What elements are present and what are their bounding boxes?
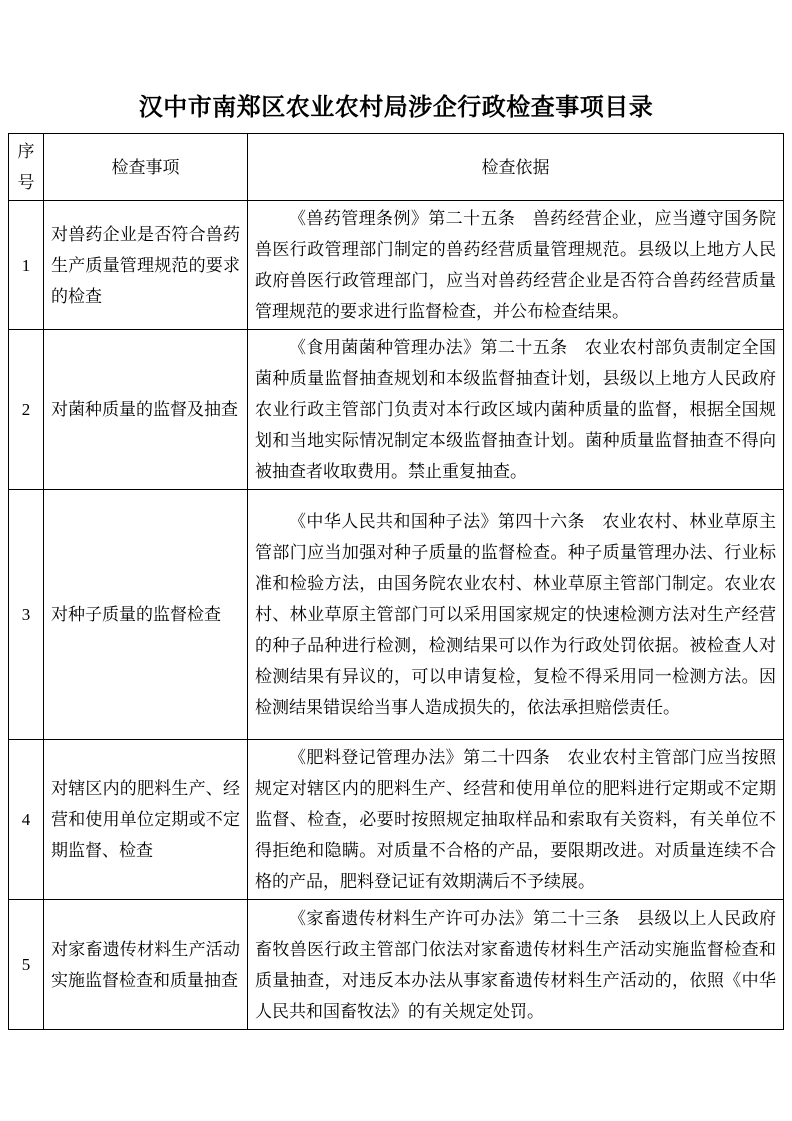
- row-number: 1: [9, 201, 44, 330]
- header-serial-number: 序 号: [9, 134, 44, 201]
- inspection-item: 对兽药企业是否符合兽药生产质量管理规范的要求的检查: [44, 201, 248, 330]
- inspection-items-table: 序 号 检查事项 检查依据 1 对兽药企业是否符合兽药生产质量管理规范的要求的检…: [8, 133, 784, 1030]
- row-number: 3: [9, 490, 44, 740]
- basis-paragraph: 《食用菌菌种管理办法》第二十五条 农业农村部负责制定全国菌种质量监督抽查规划和本…: [255, 332, 776, 487]
- table-row: 1 对兽药企业是否符合兽药生产质量管理规范的要求的检查 《兽药管理条例》第二十五…: [9, 201, 784, 330]
- inspection-item: 对种子质量的监督检查: [44, 490, 248, 740]
- basis-paragraph: 《家畜遗传材料生产许可办法》第二十三条 县级以上人民政府畜牧兽医行政主管部门依法…: [255, 903, 776, 1027]
- basis-paragraph: 《肥料登记管理办法》第二十四条 农业农村主管部门应当按照规定对辖区内的肥料生产、…: [255, 742, 776, 897]
- inspection-basis: 《中华人民共和国种子法》第四十六条 农业农村、林业草原主管部门应当加强对种子质量…: [248, 490, 784, 740]
- table-header-row: 序 号 检查事项 检查依据: [9, 134, 784, 201]
- header-inspection-basis: 检查依据: [248, 134, 784, 201]
- table-row: 4 对辖区内的肥料生产、经营和使用单位定期或不定期监督、检查 《肥料登记管理办法…: [9, 740, 784, 900]
- inspection-item: 对家畜遗传材料生产活动实施监督检查和质量抽查: [44, 900, 248, 1030]
- basis-paragraph: 《中华人民共和国种子法》第四十六条 农业农村、林业草原主管部门应当加强对种子质量…: [255, 506, 776, 723]
- inspection-basis: 《家畜遗传材料生产许可办法》第二十三条 县级以上人民政府畜牧兽医行政主管部门依法…: [248, 900, 784, 1030]
- row-number: 5: [9, 900, 44, 1030]
- inspection-basis: 《兽药管理条例》第二十五条 兽药经营企业，应当遵守国务院兽医行政管理部门制定的兽…: [248, 201, 784, 330]
- table-row: 2 对菌种质量的监督及抽查 《食用菌菌种管理办法》第二十五条 农业农村部负责制定…: [9, 330, 784, 490]
- row-number: 2: [9, 330, 44, 490]
- row-number: 4: [9, 740, 44, 900]
- document-title: 汉中市南郑区农业农村局涉企行政检查事项目录: [0, 93, 792, 123]
- inspection-basis: 《肥料登记管理办法》第二十四条 农业农村主管部门应当按照规定对辖区内的肥料生产、…: [248, 740, 784, 900]
- table-row: 5 对家畜遗传材料生产活动实施监督检查和质量抽查 《家畜遗传材料生产许可办法》第…: [9, 900, 784, 1030]
- inspection-basis: 《食用菌菌种管理办法》第二十五条 农业农村部负责制定全国菌种质量监督抽查规划和本…: [248, 330, 784, 490]
- inspection-item: 对辖区内的肥料生产、经营和使用单位定期或不定期监督、检查: [44, 740, 248, 900]
- basis-paragraph: 《兽药管理条例》第二十五条 兽药经营企业，应当遵守国务院兽医行政管理部门制定的兽…: [255, 203, 776, 327]
- table-row: 3 对种子质量的监督检查 《中华人民共和国种子法》第四十六条 农业农村、林业草原…: [9, 490, 784, 740]
- document-page: 汉中市南郑区农业农村局涉企行政检查事项目录 序 号 检查事项 检查依据 1 对兽…: [0, 0, 792, 1121]
- header-inspection-item: 检查事项: [44, 134, 248, 201]
- inspection-item: 对菌种质量的监督及抽查: [44, 330, 248, 490]
